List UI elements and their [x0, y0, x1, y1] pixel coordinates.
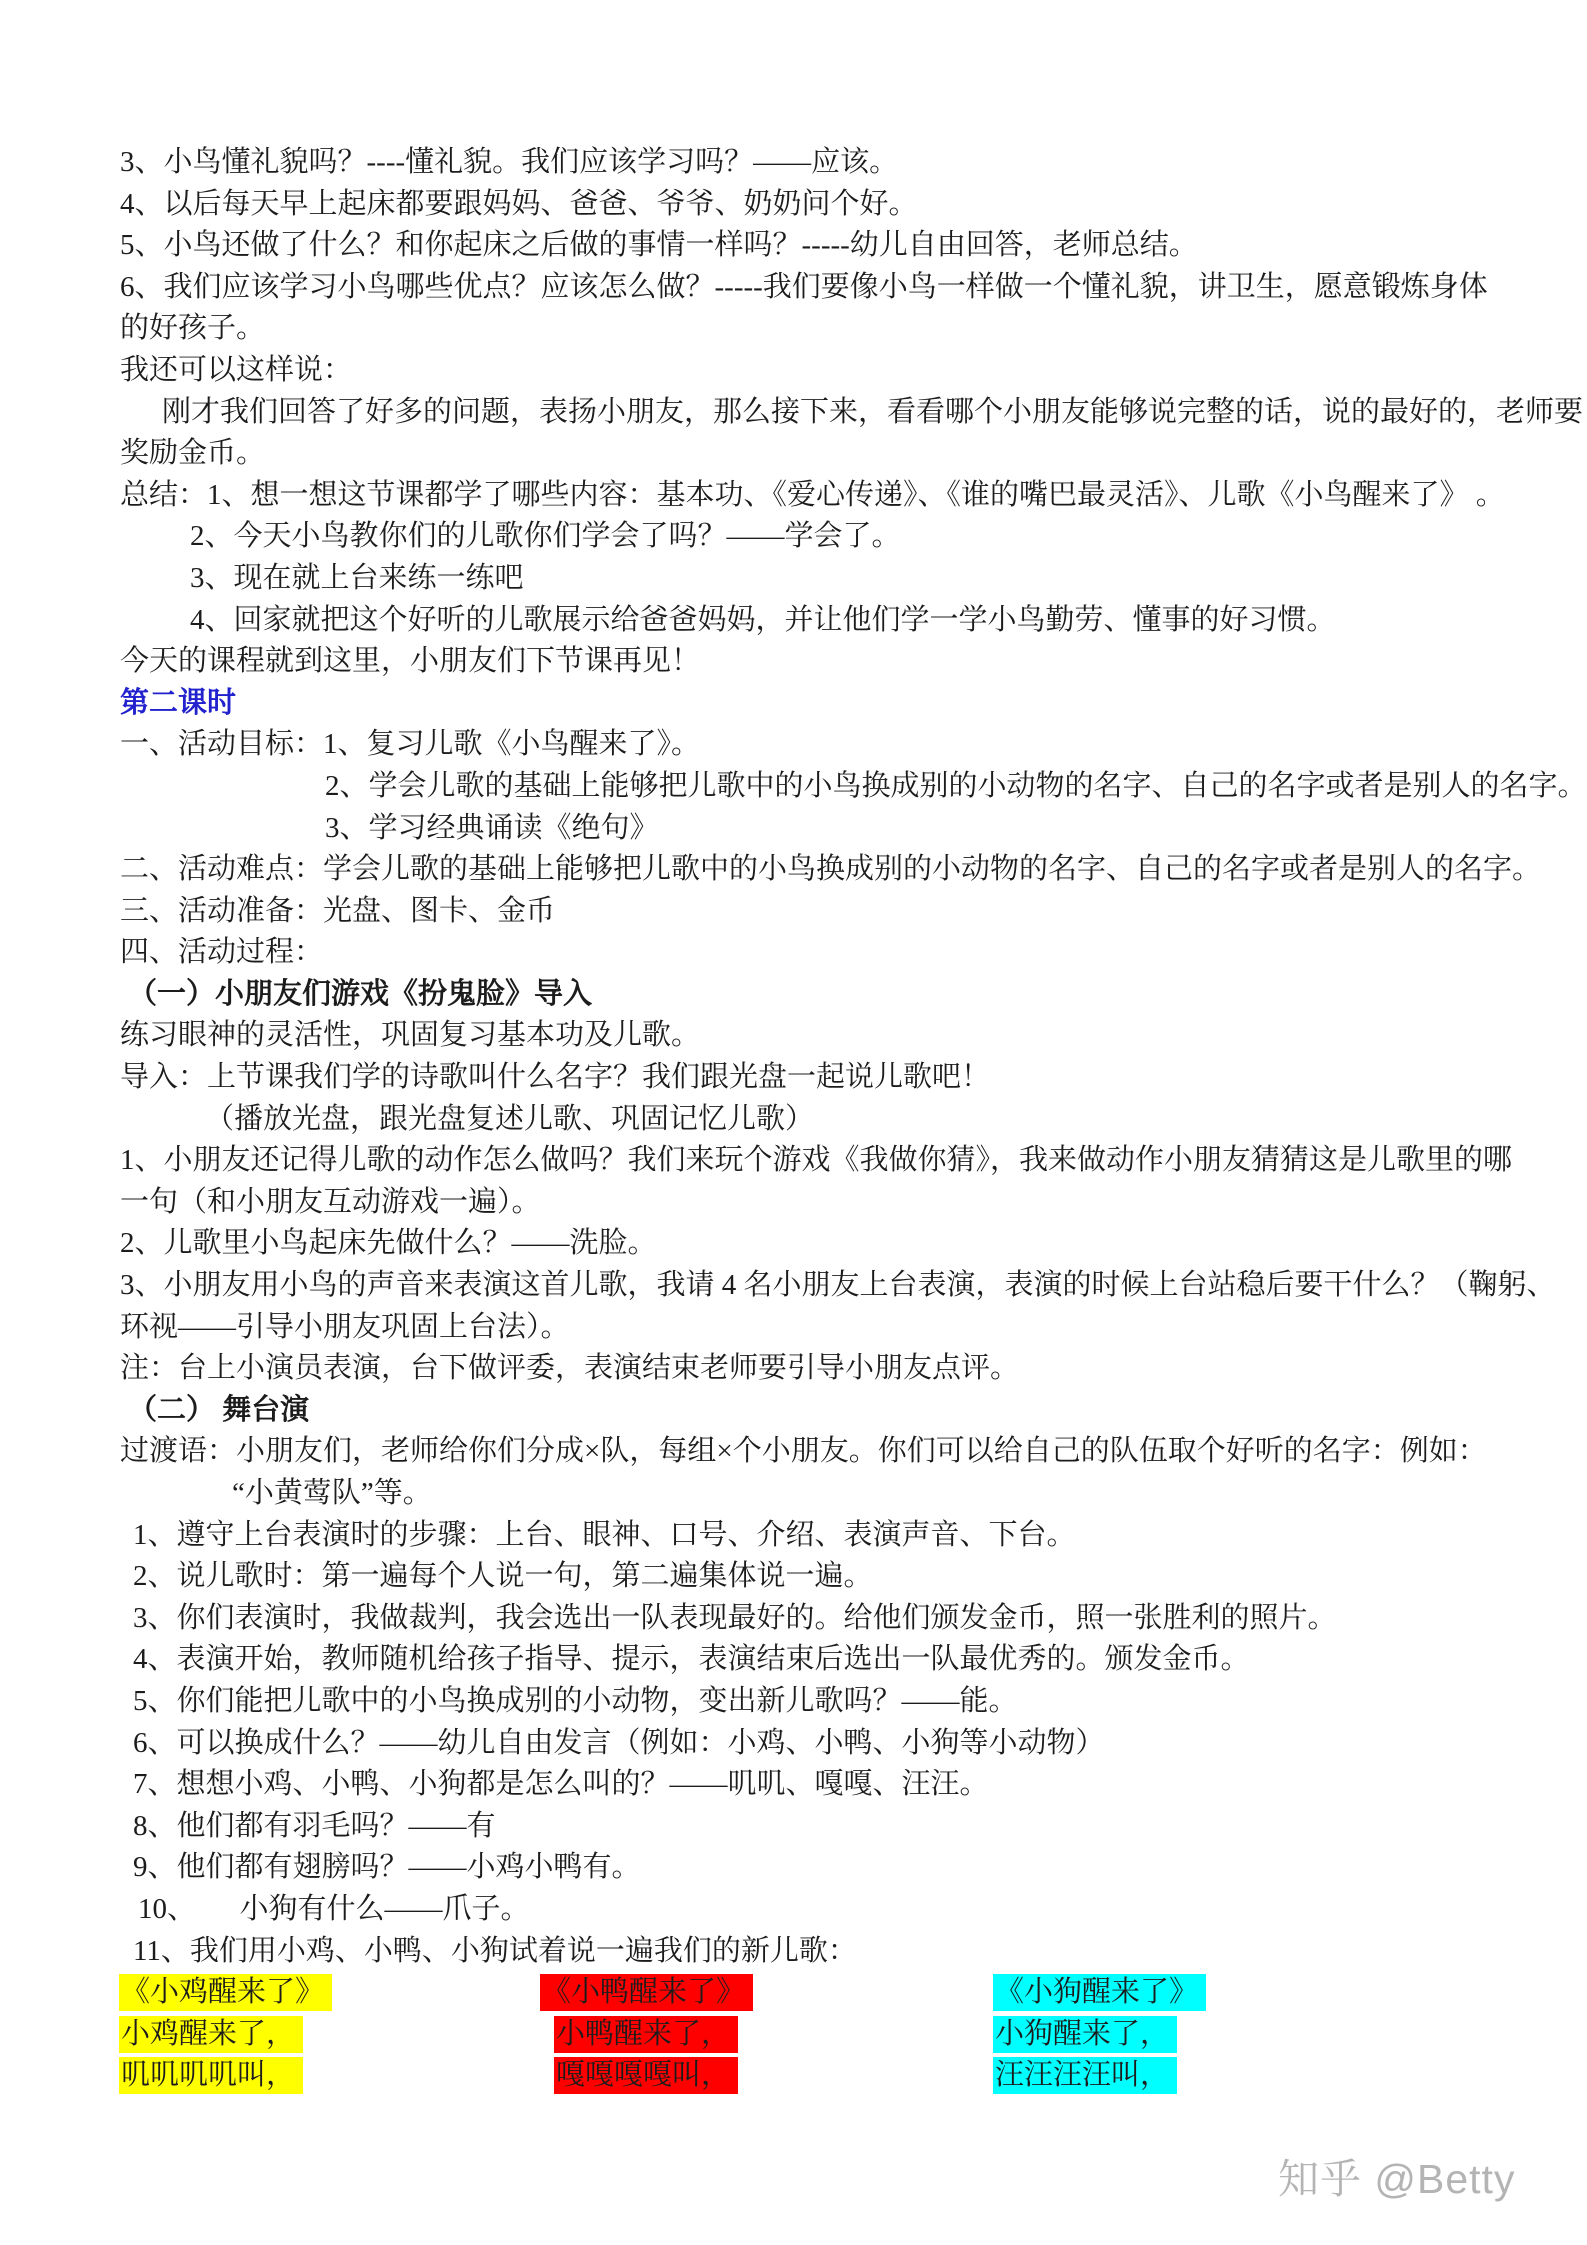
line-17: 3、学习经典诵读《绝句》	[325, 808, 1560, 850]
line-28: 3、小朋友用小鸟的声音来表演这首儿歌，我请 4 名小朋友上台表演，表演的时候上台…	[120, 1265, 1560, 1307]
rhyme-chick-line-highlight: 叽叽叽叽叫，	[119, 2057, 303, 2094]
rhyme-row: 叽叽叽叽叫，	[119, 2057, 332, 2099]
document-body: 3、小鸟懂礼貌吗？----懂礼貌。我们应该学习吗？——应该。 4、以后每天早上起…	[120, 142, 1560, 2164]
line-19: 三、活动准备：光盘、图卡、金币	[120, 891, 1560, 933]
new-rhymes-section: 《小鸡醒来了》 小鸡醒来了， 叽叽叽叽叫， 《小鸭醒来了》 小鸭醒来了， 嘎嘎嘎…	[120, 1974, 1560, 2164]
line-20: 四、活动过程：	[120, 932, 1560, 974]
line-05: 的好孩子。	[120, 308, 1560, 350]
section-heading-lesson-two: 第二课时	[120, 683, 1560, 725]
line-07: 刚才我们回答了好多的问题，表扬小朋友，那么接下来，看看哪个小朋友能够说完整的话，…	[162, 392, 1560, 434]
zhihu-watermark: 知乎 @Betty	[1278, 2146, 1515, 2205]
line-13: 今天的课程就到这里，小朋友们下节课再见！	[120, 641, 1560, 683]
rhyme-dog-line-highlight: 小狗醒来了，	[993, 2016, 1177, 2053]
rhyme-duck-line-highlight: 嘎嘎嘎嘎叫，	[554, 2057, 738, 2094]
line-41: 8、他们都有羽毛吗？——有	[133, 1806, 1560, 1848]
rhyme-row: 汪汪汪汪叫，	[993, 2057, 1206, 2099]
line-25: 1、小朋友还记得儿歌的动作怎么做吗？我们来玩个游戏《我做你猜》，我来做动作小朋友…	[120, 1140, 1560, 1182]
rhyme-duck-line-highlight: 小鸭醒来了，	[554, 2016, 738, 2053]
line-02: 4、以后每天早上起床都要跟妈妈、爸爸、爷爷、奶奶问个好。	[120, 184, 1560, 226]
rhyme-chick-line-highlight: 小鸡醒来了，	[119, 2016, 303, 2053]
line-33: “小黄莺队”等。	[232, 1473, 1560, 1515]
line-39: 6、可以换成什么？——幼儿自由发言（例如：小鸡、小鸭、小狗等小动物）	[133, 1723, 1560, 1765]
line-26: 一句（和小朋友互动游戏一遍）。	[120, 1182, 1560, 1224]
line-16: 2、学会儿歌的基础上能够把儿歌中的小鸟换成别的小动物的名字、自己的名字或者是别人…	[325, 766, 1560, 808]
line-04: 6、我们应该学习小鸟哪些优点？应该怎么做？-----我们要像小鸟一样做一个懂礼貌…	[120, 267, 1560, 309]
rhyme-row: 《小狗醒来了》	[993, 1974, 1206, 2016]
line-22: 练习眼神的灵活性，巩固复习基本功及儿歌。	[120, 1015, 1560, 1057]
line-36: 3、你们表演时，我做裁判，我会选出一队表现最好的。给他们颁发金币，照一张胜利的照…	[133, 1598, 1560, 1640]
rhyme-row: 《小鸡醒来了》	[119, 1974, 332, 2016]
line-15: 一、活动目标：1、复习儿歌《小鸟醒来了》。	[120, 724, 1560, 766]
line-38: 5、你们能把儿歌中的小鸟换成别的小动物，变出新儿歌吗？——能。	[133, 1681, 1560, 1723]
rhyme-row: 小狗醒来了，	[993, 2016, 1206, 2058]
line-18: 二、活动难点：学会儿歌的基础上能够把儿歌中的小鸟换成别的小动物的名字、自己的名字…	[120, 849, 1560, 891]
line-37: 4、表演开始，教师随机给孩子指导、提示，表演结束后选出一队最优秀的。颁发金币。	[133, 1639, 1560, 1681]
line-30: 注：台上小演员表演，台下做评委，表演结束老师要引导小朋友点评。	[120, 1348, 1560, 1390]
line-43: 10、 小狗有什么——爪子。	[138, 1889, 1560, 1931]
subheading-stage-performance: （二） 舞台演	[128, 1390, 1560, 1432]
rhyme-row: 小鸡醒来了，	[119, 2016, 332, 2058]
line-12: 4、回家就把这个好听的儿歌展示给爸爸妈妈，并让他们学一学小鸟勤劳、懂事的好习惯。	[190, 600, 1560, 642]
line-42: 9、他们都有翅膀吗？——小鸡小鸭有。	[133, 1847, 1560, 1889]
rhyme-column-duck: 《小鸭醒来了》 小鸭醒来了， 嘎嘎嘎嘎叫，	[540, 1974, 753, 2099]
document-page: 3、小鸟懂礼貌吗？----懂礼貌。我们应该学习吗？——应该。 4、以后每天早上起…	[0, 0, 1587, 2245]
line-35: 2、说儿歌时：第一遍每个人说一句，第二遍集体说一遍。	[133, 1556, 1560, 1598]
line-44: 11、我们用小鸡、小鸭、小狗试着说一遍我们的新儿歌：	[133, 1931, 1560, 1973]
line-11: 3、现在就上台来练一练吧	[190, 558, 1560, 600]
line-01: 3、小鸟懂礼貌吗？----懂礼貌。我们应该学习吗？——应该。	[120, 142, 1560, 184]
rhyme-dog-title-highlight: 《小狗醒来了》	[993, 1974, 1206, 2011]
rhyme-row: 小鸭醒来了，	[540, 2016, 753, 2058]
line-34: 1、遵守上台表演时的步骤：上台、眼神、口号、介绍、表演声音、下台。	[133, 1515, 1560, 1557]
line-24: （播放光盘，跟光盘复述儿歌、巩固记忆儿歌）	[205, 1099, 1560, 1141]
line-27: 2、儿歌里小鸟起床先做什么？——洗脸。	[120, 1223, 1560, 1265]
subheading-game-intro: （一）小朋友们游戏《扮鬼脸》导入	[128, 974, 1560, 1016]
rhyme-column-chick: 《小鸡醒来了》 小鸡醒来了， 叽叽叽叽叫，	[119, 1974, 332, 2099]
line-08: 奖励金币。	[120, 433, 1560, 475]
line-06: 我还可以这样说：	[120, 350, 1560, 392]
line-09: 总结：1、想一想这节课都学了哪些内容：基本功、《爱心传递》、《谁的嘴巴最灵活》、…	[120, 475, 1560, 517]
line-40: 7、想想小鸡、小鸭、小狗都是怎么叫的？——叽叽、嘎嘎、汪汪。	[133, 1764, 1560, 1806]
rhyme-row: 嘎嘎嘎嘎叫，	[540, 2057, 753, 2099]
rhyme-row: 《小鸭醒来了》	[540, 1974, 753, 2016]
rhyme-chick-title-highlight: 《小鸡醒来了》	[119, 1974, 332, 2011]
rhyme-column-dog: 《小狗醒来了》 小狗醒来了， 汪汪汪汪叫，	[993, 1974, 1206, 2099]
line-03: 5、小鸟还做了什么？和你起床之后做的事情一样吗？-----幼儿自由回答，老师总结…	[120, 225, 1560, 267]
line-29: 环视——引导小朋友巩固上台法）。	[120, 1307, 1560, 1349]
rhyme-duck-title-highlight: 《小鸭醒来了》	[540, 1974, 753, 2011]
line-32: 过渡语：小朋友们，老师给你们分成×队，每组×个小朋友。你们可以给自己的队伍取个好…	[120, 1431, 1560, 1473]
line-10: 2、今天小鸟教你们的儿歌你们学会了吗？——学会了。	[190, 516, 1560, 558]
line-23: 导入：上节课我们学的诗歌叫什么名字？我们跟光盘一起说儿歌吧！	[120, 1057, 1560, 1099]
rhyme-dog-line-highlight: 汪汪汪汪叫，	[993, 2057, 1177, 2094]
